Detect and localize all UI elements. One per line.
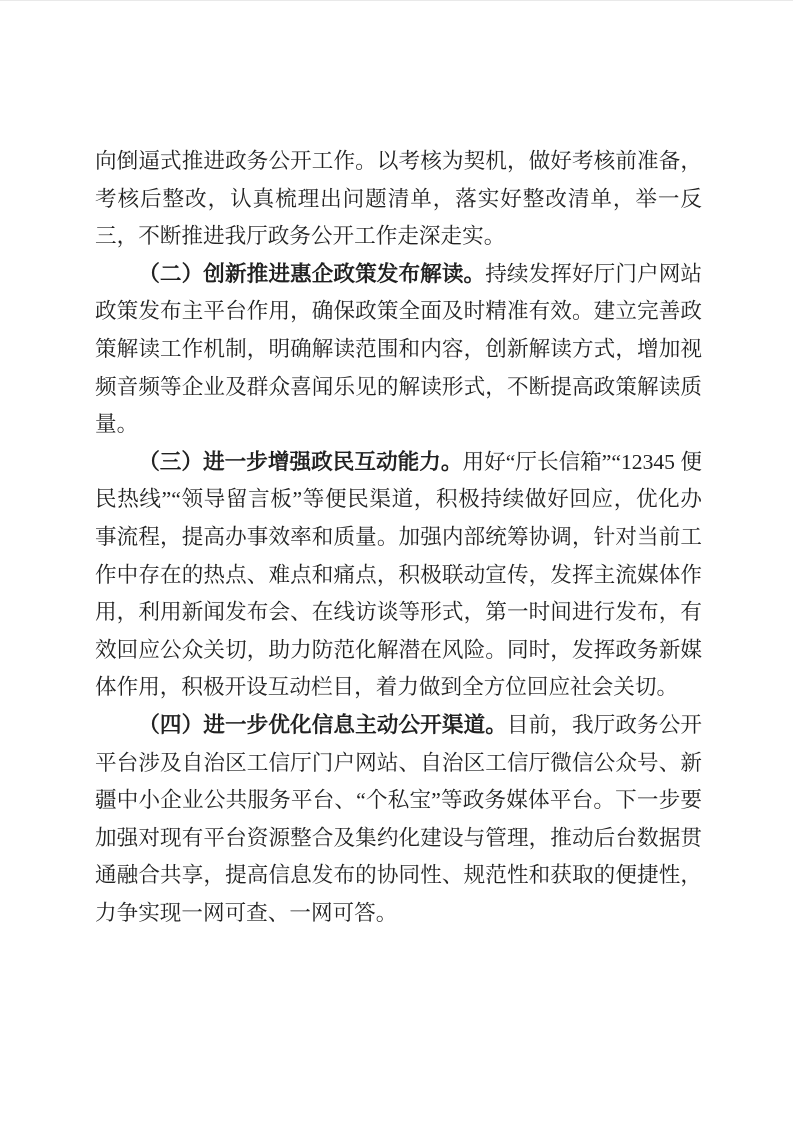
paragraph-text: 向倒逼式推进政务公开工作。以考核为契机，做好考核前准备，考核后整改，认真梳理出问… (95, 149, 702, 248)
paragraph-section-3: （三）进一步增强政民互动能力。用好“厅长信箱”“12345 便民热线”“领导留言… (95, 444, 702, 707)
document-body: 向倒逼式推进政务公开工作。以考核为契机，做好考核前准备，考核后整改，认真梳理出问… (95, 143, 702, 932)
paragraph-section-4: （四）进一步优化信息主动公开渠道。目前，我厅政务公开平台涉及自治区工信厅门户网站… (95, 707, 702, 933)
section-heading: （四）进一步优化信息主动公开渠道。 (138, 713, 507, 737)
paragraph-section-2: （二）创新推进惠企政策发布解读。持续发挥好厅门户网站政策发布主平台作用，确保政策… (95, 256, 702, 444)
page-top-edge (0, 0, 793, 1)
paragraph-text: 目前，我厅政务公开平台涉及自治区工信厅门户网站、自治区工信厅微信公众号、新疆中小… (95, 713, 702, 925)
section-heading: （三）进一步增强政民互动能力。 (138, 450, 462, 474)
paragraph-text: 用好“厅长信箱”“12345 便民热线”“领导留言板”等便民渠道，积极持续做好回… (95, 450, 702, 700)
paragraph-continuation: 向倒逼式推进政务公开工作。以考核为契机，做好考核前准备，考核后整改，认真梳理出问… (95, 143, 702, 256)
section-heading: （二）创新推进惠企政策发布解读。 (138, 262, 485, 286)
paragraph-text: 持续发挥好厅门户网站政策发布主平台作用，确保政策全面及时精准有效。建立完善政策解… (95, 262, 702, 436)
document-page: 向倒逼式推进政务公开工作。以考核为契机，做好考核前准备，考核后整改，认真梳理出问… (0, 0, 793, 1122)
